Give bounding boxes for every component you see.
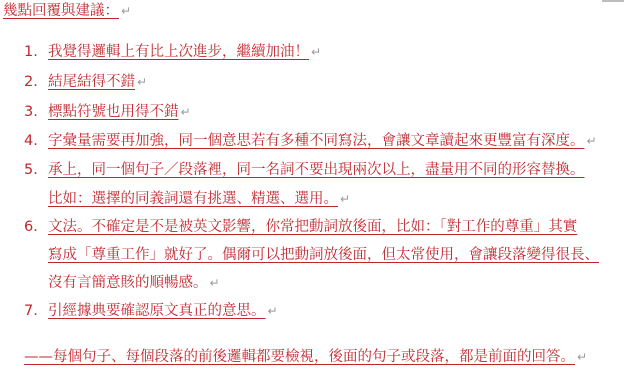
list-item-5: 5.承上，同一個句子／段落裡，同一名詞不要出現兩次以上，盡量用不同的形容替換。 xyxy=(24,159,585,181)
return-mark-icon: ↵ xyxy=(121,4,131,18)
closing-remark-line: ——每個句子、每個段落的前後邏輯都要檢視，後面的句子或段落，都是前面的回答。↵ xyxy=(24,346,587,368)
item-number: 1. xyxy=(24,41,48,63)
list-item-5-continuation: 比如：選擇的同義詞還有挑選、精選、選用。↵ xyxy=(48,188,350,210)
list-item-1: 1.我覺得邏輯上有比上次進步，繼續加油！↵ xyxy=(24,41,321,63)
list-item-7: 7.引經據典要確認原文真正的意思。↵ xyxy=(24,300,278,322)
return-mark-icon: ↵ xyxy=(577,350,587,364)
document-page: 幾點回覆與建議：↵ 1.我覺得邏輯上有比上次進步，繼續加油！↵ 2.結尾結得不錯… xyxy=(0,0,624,390)
item-text: 文法。不確定是不是被英文影響，你常把動詞放後面，比如：「對工作的尊重」其實 xyxy=(48,219,577,235)
item-number: 6. xyxy=(24,216,48,238)
item-number: 3. xyxy=(24,101,48,123)
return-mark-icon: ↵ xyxy=(587,134,597,148)
list-item-2: 2.結尾結得不錯↵ xyxy=(24,71,147,93)
return-mark-icon: ↵ xyxy=(137,75,147,89)
list-item-6: 6.文法。不確定是不是被英文影響，你常把動詞放後面，比如：「對工作的尊重」其實 xyxy=(24,216,577,238)
item-text: 引經據典要確認原文真正的意思。 xyxy=(48,303,266,319)
return-mark-icon: ↵ xyxy=(340,192,350,206)
item-text: 沒有言簡意賅的順暢感。 xyxy=(48,275,208,291)
page-corner-mark xyxy=(602,0,624,2)
item-text: 承上，同一個句子／段落裡，同一名詞不要出現兩次以上，盡量用不同的形容替換。 xyxy=(48,162,585,178)
list-item-4: 4.字彙量需要再加強，同一個意思若有多種不同寫法，會讓文章讀起來更豐富有深度。↵ xyxy=(24,130,597,152)
item-number: 7. xyxy=(24,300,48,322)
item-number: 2. xyxy=(24,71,48,93)
item-text: 標點符號也用得不錯 xyxy=(48,104,179,120)
item-text: 字彙量需要再加強，同一個意思若有多種不同寫法，會讓文章讀起來更豐富有深度。 xyxy=(48,133,585,149)
item-number: 5. xyxy=(24,159,48,181)
item-text: 比如：選擇的同義詞還有挑選、精選、選用。 xyxy=(48,191,338,207)
list-item-3: 3.標點符號也用得不錯↵ xyxy=(24,101,191,123)
list-item-6-continuation-2: 沒有言簡意賅的順暢感。↵ xyxy=(48,272,220,294)
closing-remark: ——每個句子、每個段落的前後邏輯都要檢視，後面的句子或段落，都是前面的回答。 xyxy=(24,349,575,365)
item-text: 結尾結得不錯 xyxy=(48,74,135,90)
feedback-title-line: 幾點回覆與建議：↵ xyxy=(3,0,131,22)
return-mark-icon: ↵ xyxy=(181,105,191,119)
item-text: 寫成「尊重工作」就好了。偶爾可以把動詞放後面，但太常使用，會讓段落變得很長、 xyxy=(48,247,599,263)
return-mark-icon: ↵ xyxy=(210,276,220,290)
item-number: 4. xyxy=(24,130,48,152)
item-text: 我覺得邏輯上有比上次進步，繼續加油！ xyxy=(48,44,309,60)
return-mark-icon: ↵ xyxy=(268,304,278,318)
return-mark-icon: ↵ xyxy=(311,45,321,59)
list-item-6-continuation-1: 寫成「尊重工作」就好了。偶爾可以把動詞放後面，但太常使用，會讓段落變得很長、 xyxy=(48,244,599,266)
feedback-title: 幾點回覆與建議： xyxy=(3,3,119,19)
